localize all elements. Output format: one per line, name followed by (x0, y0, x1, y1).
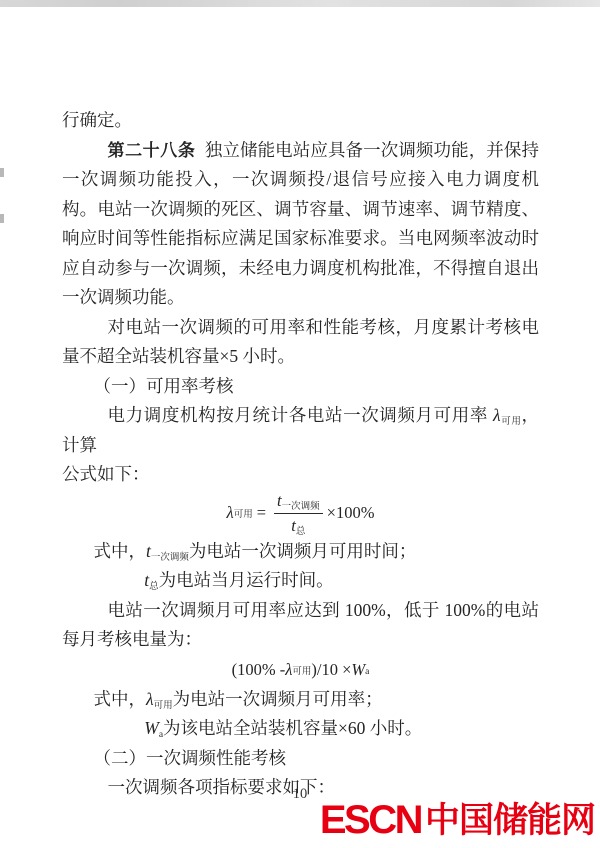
w-subscript: a (365, 668, 369, 678)
paragraph-continuation: 行确定。 (62, 106, 539, 136)
where-definition: 为电站当月运行时间。 (159, 570, 334, 590)
document-page: 行确定。 第二十八条独立储能电站应具备一次调频功能，并保持一次调频功能投入，一次… (0, 0, 600, 848)
formula-term: 100% - (237, 655, 285, 685)
t-symbol: t (277, 491, 282, 510)
lambda-symbol: λ (227, 503, 234, 523)
paragraph-formula-intro: 电力调度机构按月统计各电站一次调频月可用率 λ可用，计算 (62, 401, 539, 460)
lambda-subscript: 可用 (292, 668, 311, 678)
times-100-percent: ×100% (327, 503, 375, 523)
paragraph-requirement: 电站一次调频月可用率应达到 100%，低于 100%的电站每月考核电量为： (62, 596, 539, 655)
paragraph-where-2a: 式中，λ可用为电站一次调频月可用率； (62, 685, 539, 715)
section-1-title: （一）可用率考核 (62, 372, 539, 402)
where-definition: 为该电站全站装机容量×60 小时。 (163, 718, 422, 738)
formula-term: /10 × (317, 655, 352, 685)
scan-artifact-top-edge (0, 0, 600, 7)
scan-artifact-speck (0, 168, 4, 177)
t-subscript: 一次调频 (151, 553, 189, 563)
paragraph-where-1b: t总为电站当月运行时间。 (62, 566, 539, 596)
formula-intro-text: 电力调度机构按月统计各电站一次调频月可用率 (108, 405, 494, 425)
t-subscript: 一次调频 (282, 502, 320, 512)
scan-artifact-speck (0, 214, 4, 223)
fraction: t一次调频t总 (274, 491, 323, 536)
w-symbol: W (144, 718, 159, 738)
w-symbol: W (351, 655, 365, 685)
article-body-text: 独立储能电站应具备一次调频功能，并保持一次调频功能投入，一次调频投/退信号应接入… (62, 140, 539, 308)
lambda-symbol: λ (146, 689, 154, 709)
formula-availability-rate: λ可用=t一次调频t总×100% (62, 490, 539, 537)
document-body: 行确定。 第二十八条独立储能电站应具备一次调频功能，并保持一次调频功能投入，一次… (62, 106, 539, 803)
paragraph-where-2b: Wa为该电站全站装机容量×60 小时。 (62, 714, 539, 744)
lambda-subscript: 可用 (234, 511, 253, 521)
paragraph-formula-intro-2: 公式如下： (62, 460, 539, 490)
escn-logo-chinese: 中国储能网 (425, 803, 595, 838)
escn-logo: ESCN 中国储能网 (320, 800, 595, 840)
escn-logo-latin: ESCN (320, 800, 421, 840)
t-subscript: 总 (149, 582, 159, 592)
equals-sign: = (257, 503, 266, 523)
where-definition: 为电站一次调频月可用时间； (189, 541, 417, 561)
lambda-subscript: 可用 (154, 701, 173, 711)
lambda-symbol: λ (493, 405, 501, 425)
paragraph-assessment: 对电站一次调频的可用率和性能考核，月度累计考核电量不超全站装机容量×5 小时。 (62, 313, 539, 372)
paragraph-article-28: 第二十八条独立储能电站应具备一次调频功能，并保持一次调频功能投入，一次调频投/退… (62, 136, 539, 313)
lambda-subscript: 可用 (501, 417, 522, 427)
fraction-numerator: t一次调频 (274, 491, 323, 514)
lambda-symbol: λ (285, 655, 292, 685)
article-number-heading: 第二十八条 (108, 141, 196, 160)
where-label: 式中， (94, 541, 147, 561)
where-label: 式中， (94, 689, 147, 709)
section-2-title: （二）一次调频性能考核 (62, 744, 539, 774)
where-definition: 为电站一次调频月可用率； (173, 689, 383, 709)
t-subscript: 总 (296, 527, 306, 537)
formula-penalty-energy: (100% - λ可用) /10 × Wa (62, 655, 539, 685)
w-subscript: a (159, 730, 163, 740)
fraction-denominator: t总 (291, 514, 305, 536)
paragraph-where-1a: 式中，t一次调频为电站一次调频月可用时间； (62, 537, 539, 567)
